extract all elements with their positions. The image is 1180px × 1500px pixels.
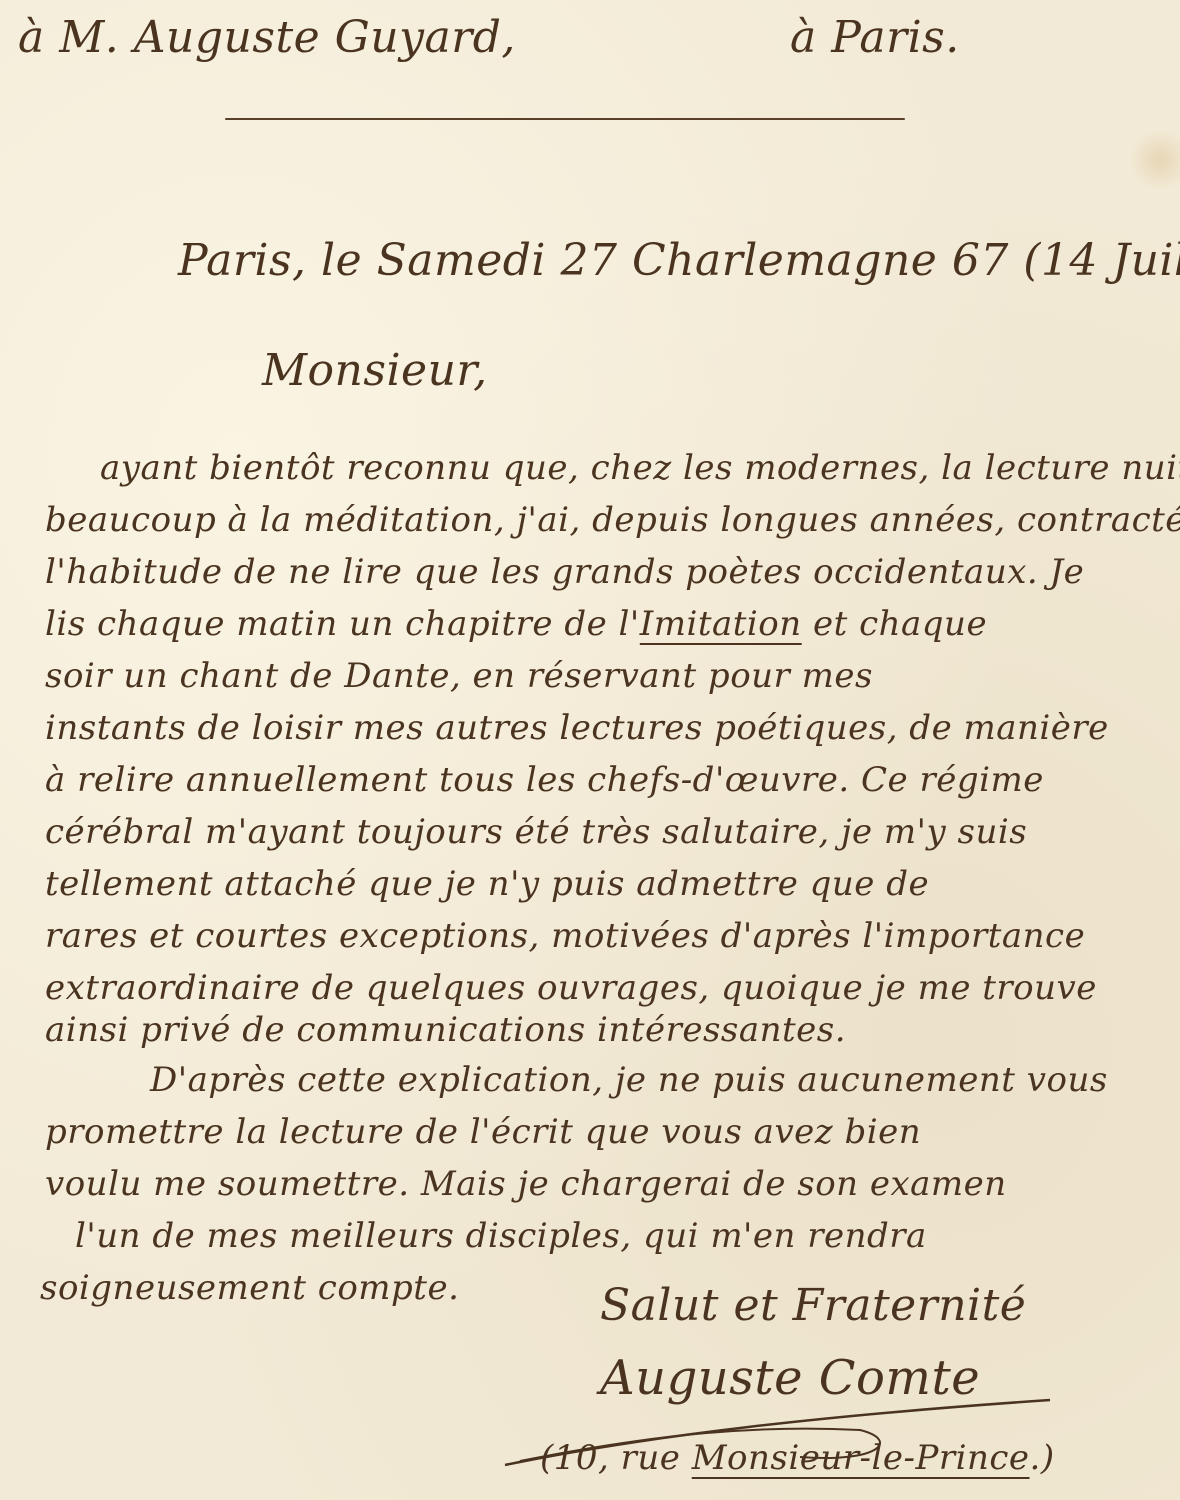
- header-rule: [225, 118, 905, 120]
- text-run: .): [1030, 1438, 1055, 1478]
- text-run: lis chaque matin un chapitre de l': [45, 604, 640, 644]
- body-line: promettre la lecture de l'écrit que vous…: [45, 1112, 921, 1152]
- body-line: D'après cette explication, je ne puis au…: [150, 1060, 1108, 1100]
- body-line: ayant bientôt reconnu que, chez les mode…: [100, 448, 1180, 488]
- body-line: l'habitude de ne lire que les grands poè…: [45, 552, 1084, 592]
- body-line: lis chaque matin un chapitre de l'Imitat…: [45, 604, 987, 644]
- body-line: soigneusement compte.: [40, 1268, 459, 1308]
- text-run: (10, rue: [540, 1438, 692, 1478]
- body-line: à relire annuellement tous les chefs-d'œ…: [45, 760, 1044, 800]
- underlined-title: Imitation: [640, 604, 802, 644]
- underlined-street: Monsieur-le-Prince: [692, 1438, 1030, 1478]
- body-line: l'un de mes meilleurs disciples, qui m'e…: [75, 1216, 927, 1256]
- location-line: à Paris.: [790, 12, 960, 63]
- dateline: Paris, le Samedi 27 Charlemagne 67 (14 J…: [178, 235, 1180, 286]
- closing: Salut et Fraternité: [600, 1280, 1026, 1331]
- body-line: voulu me soumettre. Mais je chargerai de…: [45, 1164, 1007, 1204]
- body-line: instants de loisir mes autres lectures p…: [45, 708, 1109, 748]
- body-line: ainsi privé de communications intéressan…: [45, 1010, 846, 1050]
- recipient-line: à M. Auguste Guyard,: [18, 12, 516, 63]
- address-line: (10, rue Monsieur-le-Prince.): [540, 1438, 1055, 1478]
- body-line: soir un chant de Dante, en réservant pou…: [45, 656, 873, 696]
- body-line: extraordinaire de quelques ouvrages, quo…: [45, 968, 1097, 1008]
- salutation: Monsieur,: [262, 345, 488, 396]
- body-line: rares et courtes exceptions, motivées d'…: [45, 916, 1085, 956]
- body-line: beaucoup à la méditation, j'ai, depuis l…: [45, 500, 1180, 540]
- text-run: et chaque: [802, 604, 987, 644]
- body-line: cérébral m'ayant toujours été très salut…: [45, 812, 1027, 852]
- letter-page: à M. Auguste Guyard, à Paris. Paris, le …: [0, 0, 1180, 1500]
- body-line: tellement attaché que je n'y puis admett…: [45, 864, 929, 904]
